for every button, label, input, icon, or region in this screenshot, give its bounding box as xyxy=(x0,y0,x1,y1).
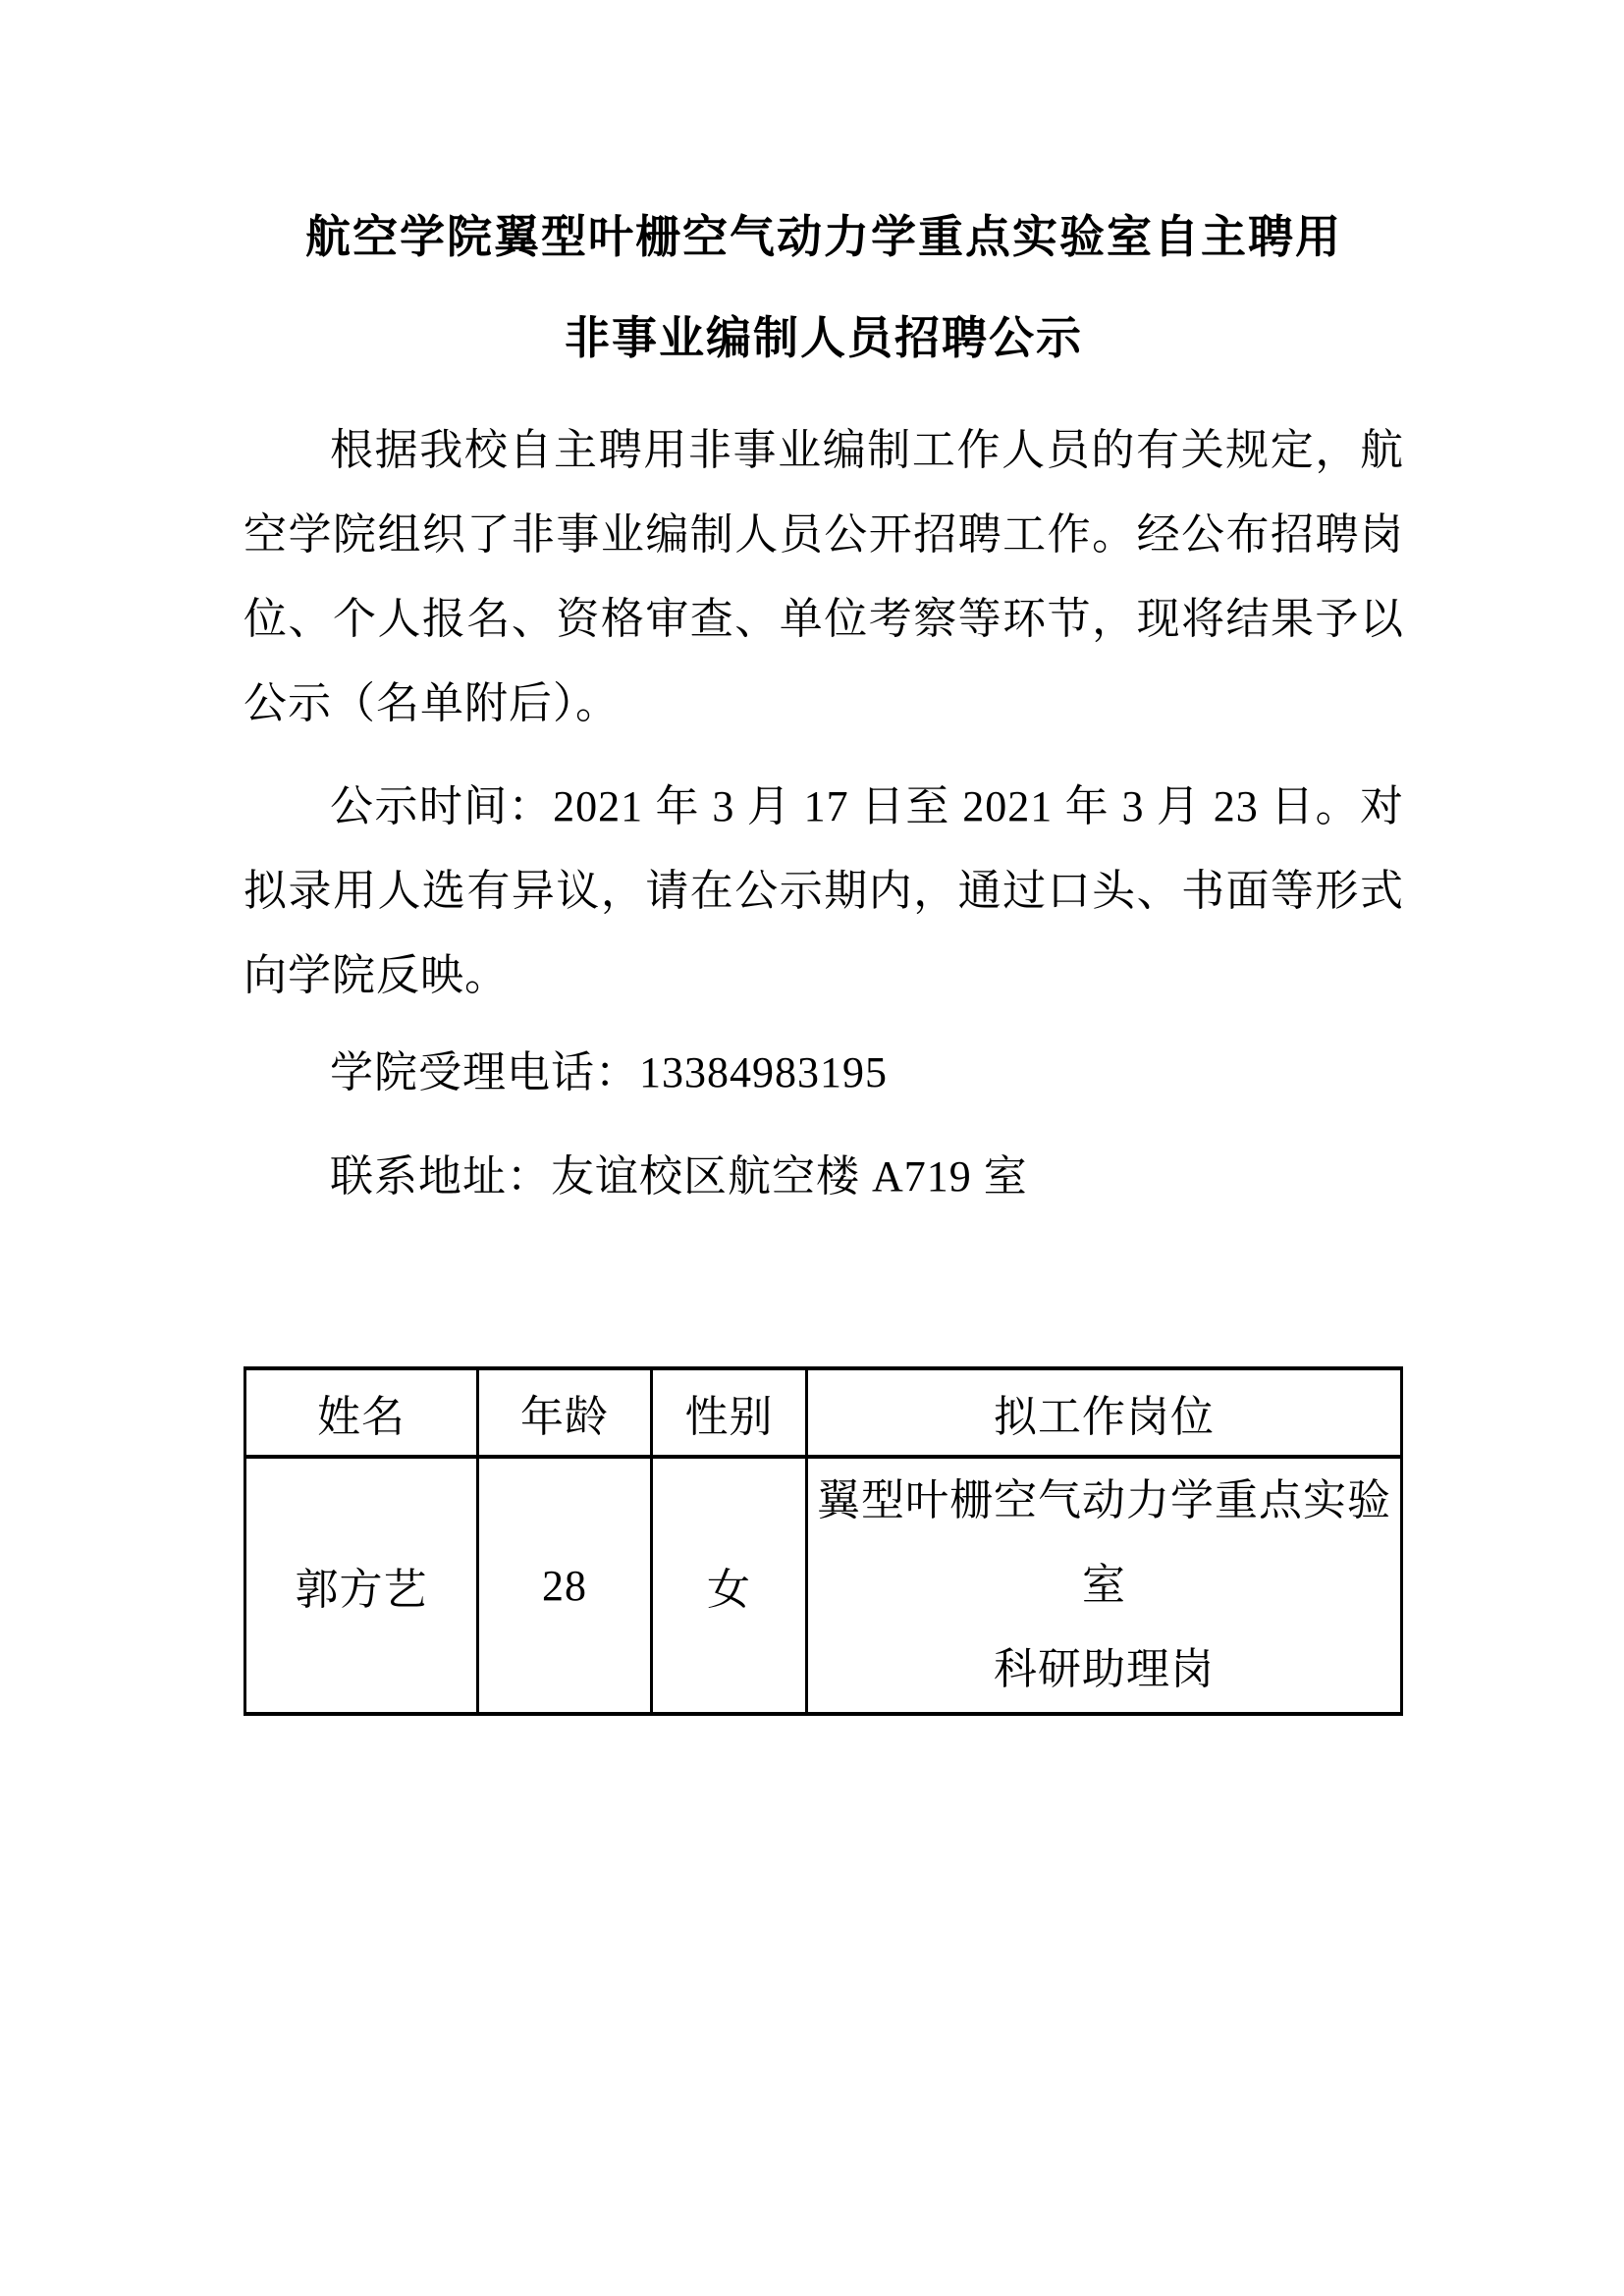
document-title-line-2: 非事业编制人员招聘公示 xyxy=(244,288,1404,389)
paragraph-contact-address: 联系地址：友谊校区航空楼 A719 室 xyxy=(244,1135,1404,1219)
header-cell-gender: 性别 xyxy=(652,1368,807,1457)
table-row: 郭方艺 28 女 翼型叶栅空气动力学重点实验室 科研助理岗 xyxy=(245,1457,1402,1714)
document-title: 航空学院翼型叶栅空气动力学重点实验室自主聘用 非事业编制人员招聘公示 xyxy=(244,0,1404,389)
cell-candidate-age: 28 xyxy=(478,1457,652,1714)
header-cell-position: 拟工作岗位 xyxy=(807,1368,1402,1457)
header-cell-age: 年龄 xyxy=(478,1368,652,1457)
paragraph-contact-phone: 学院受理电话：13384983195 xyxy=(244,1031,1404,1115)
document-page: 航空学院翼型叶栅空气动力学重点实验室自主聘用 非事业编制人员招聘公示 根据我校自… xyxy=(0,0,1624,2296)
table-header-row: 姓名 年龄 性别 拟工作岗位 xyxy=(245,1368,1402,1457)
recruitment-result-table: 姓名 年龄 性别 拟工作岗位 郭方艺 28 女 翼型叶栅空气动力学重点实验室 科… xyxy=(244,1366,1403,1716)
cell-candidate-gender: 女 xyxy=(652,1457,807,1714)
paragraph-intro: 根据我校自主聘用非事业编制工作人员的有关规定，航空学院组织了非事业编制人员公开招… xyxy=(244,408,1404,746)
document-content: 航空学院翼型叶栅空气动力学重点实验室自主聘用 非事业编制人员招聘公示 根据我校自… xyxy=(244,0,1404,1716)
header-cell-name: 姓名 xyxy=(245,1368,478,1457)
cell-candidate-position: 翼型叶栅空气动力学重点实验室 科研助理岗 xyxy=(807,1457,1402,1714)
paragraph-notice-period: 公示时间：2021 年 3 月 17 日至 2021 年 3 月 23 日。对拟… xyxy=(244,765,1404,1018)
document-title-line-1: 航空学院翼型叶栅空气动力学重点实验室自主聘用 xyxy=(244,187,1404,288)
cell-candidate-name: 郭方艺 xyxy=(245,1457,478,1714)
